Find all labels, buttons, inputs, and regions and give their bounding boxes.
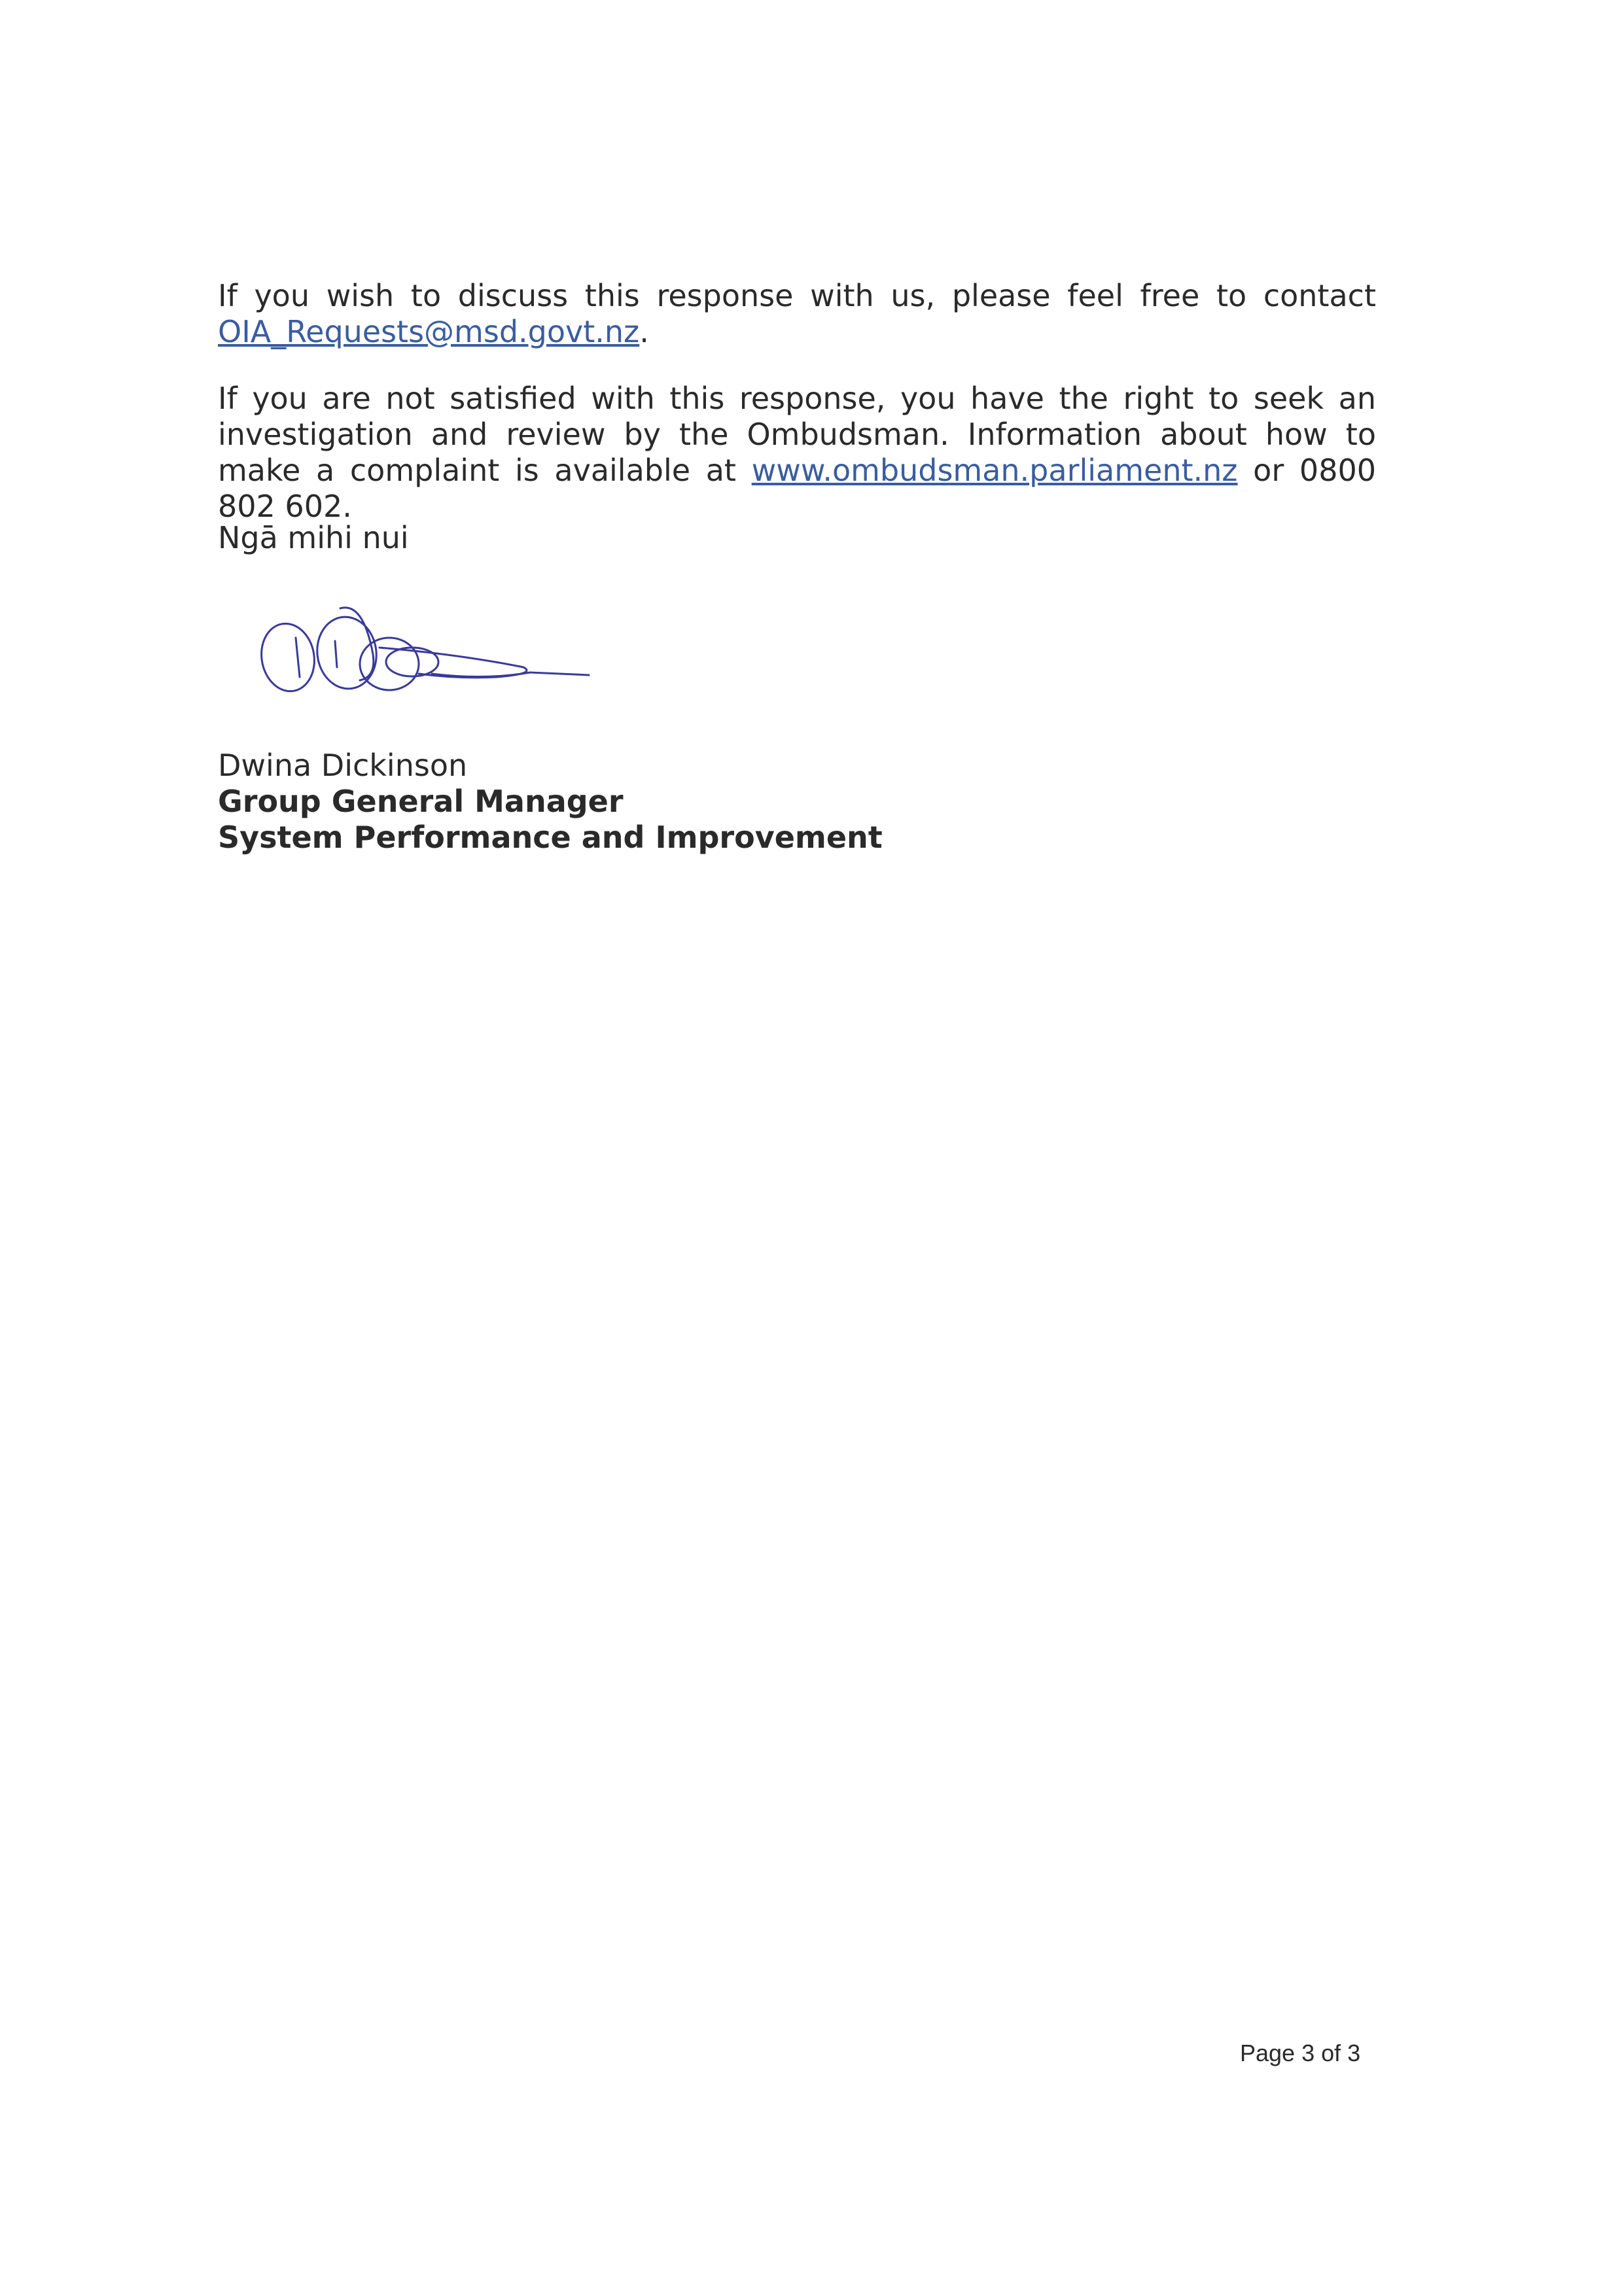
contact-paragraph: If you wish to discuss this response wit… (218, 278, 1376, 350)
contact-text: If you wish to discuss this response wit… (218, 278, 1376, 313)
signer-block: Dwina Dickinson Group General Manager Sy… (218, 748, 883, 856)
signer-name: Dwina Dickinson (218, 748, 883, 784)
letter-page: If you wish to discuss this response wit… (0, 0, 1624, 2296)
signer-department: System Performance and Improvement (218, 820, 883, 856)
signature-icon (249, 602, 602, 700)
closing-salutation: Ngā mihi nui (218, 520, 1376, 556)
ombudsman-link[interactable]: www.ombudsman.parliament.nz (752, 453, 1238, 488)
ombudsman-paragraph: If you are not satisfied with this respo… (218, 381, 1376, 525)
contact-text-end: . (639, 314, 649, 349)
signer-title: Group General Manager (218, 784, 883, 820)
page-number: Page 3 of 3 (1240, 2040, 1360, 2067)
email-link[interactable]: OIA_Requests@msd.govt.nz (218, 314, 639, 349)
